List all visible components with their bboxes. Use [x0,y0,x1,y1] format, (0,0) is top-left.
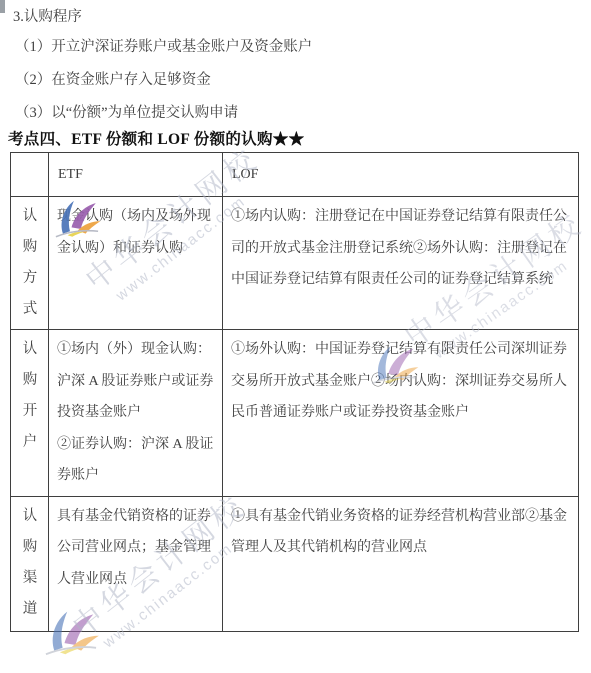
header-lof-cell: LOF [223,153,579,197]
scan-edge-artifact [0,0,5,13]
lof-account-cell: ①场外认购：中国证券登记结算有限责任公司深圳证券交易所开放式基金账户②场内认购：… [223,330,579,497]
header-etf-cell: ETF [49,153,223,197]
row-label: 认购渠道 [22,501,38,625]
row-label-cell: 认购渠道 [11,496,49,631]
table-header-row: ETF LOF [11,153,579,197]
row-label-cell: 认购开户 [11,330,49,497]
etf-lof-comparison-table: ETF LOF 认购方式 现金认购（场内及场外现金认购）和证券认购 ①场内认购：… [10,152,579,632]
intro-step-3: （3）以“份额”为单位提交认购申请 [15,104,238,123]
intro-heading: 3.认购程序 [13,8,82,27]
row-label: 认购方式 [22,201,38,325]
table-row-subscription-method: 认购方式 现金认购（场内及场外现金认购）和证券认购 ①场内认购：注册登记在中国证… [11,197,579,330]
etf-account-line-1: ①场内（外）现金认购：沪深 A 股证券账户或证券投资基金账户 [57,334,215,429]
etf-account-cell: ①场内（外）现金认购：沪深 A 股证券账户或证券投资基金账户 ②证券认购：沪深 … [49,330,223,497]
section-title: 考点四、ETF 份额和 LOF 份额的认购★★ [8,127,304,149]
etf-channel-cell: 具有基金代销资格的证券公司营业网点；基金管理人营业网点 [49,496,223,631]
etf-method-cell: 现金认购（场内及场外现金认购）和证券认购 [49,197,223,330]
header-blank-cell [11,153,49,197]
table-row-account-opening: 认购开户 ①场内（外）现金认购：沪深 A 股证券账户或证券投资基金账户 ②证券认… [11,330,579,497]
lof-channel-cell: ①具有基金代销业务资格的证券经营机构营业部②基金管理人及其代销机构的营业网点 [223,496,579,631]
row-label-cell: 认购方式 [11,197,49,330]
table-row-subscription-channel: 认购渠道 具有基金代销资格的证券公司营业网点；基金管理人营业网点 ①具有基金代销… [11,496,579,631]
intro-step-1: （1）开立沪深证券账户或基金账户及资金账户 [15,38,312,57]
row-label: 认购开户 [22,334,38,458]
intro-step-2: （2）在资金账户存入足够资金 [15,71,211,90]
lof-method-cell: ①场内认购：注册登记在中国证券登记结算有限责任公司的开放式基金注册登记系统②场外… [223,197,579,330]
etf-account-line-2: ②证券认购：沪深 A 股证券账户 [57,429,215,492]
